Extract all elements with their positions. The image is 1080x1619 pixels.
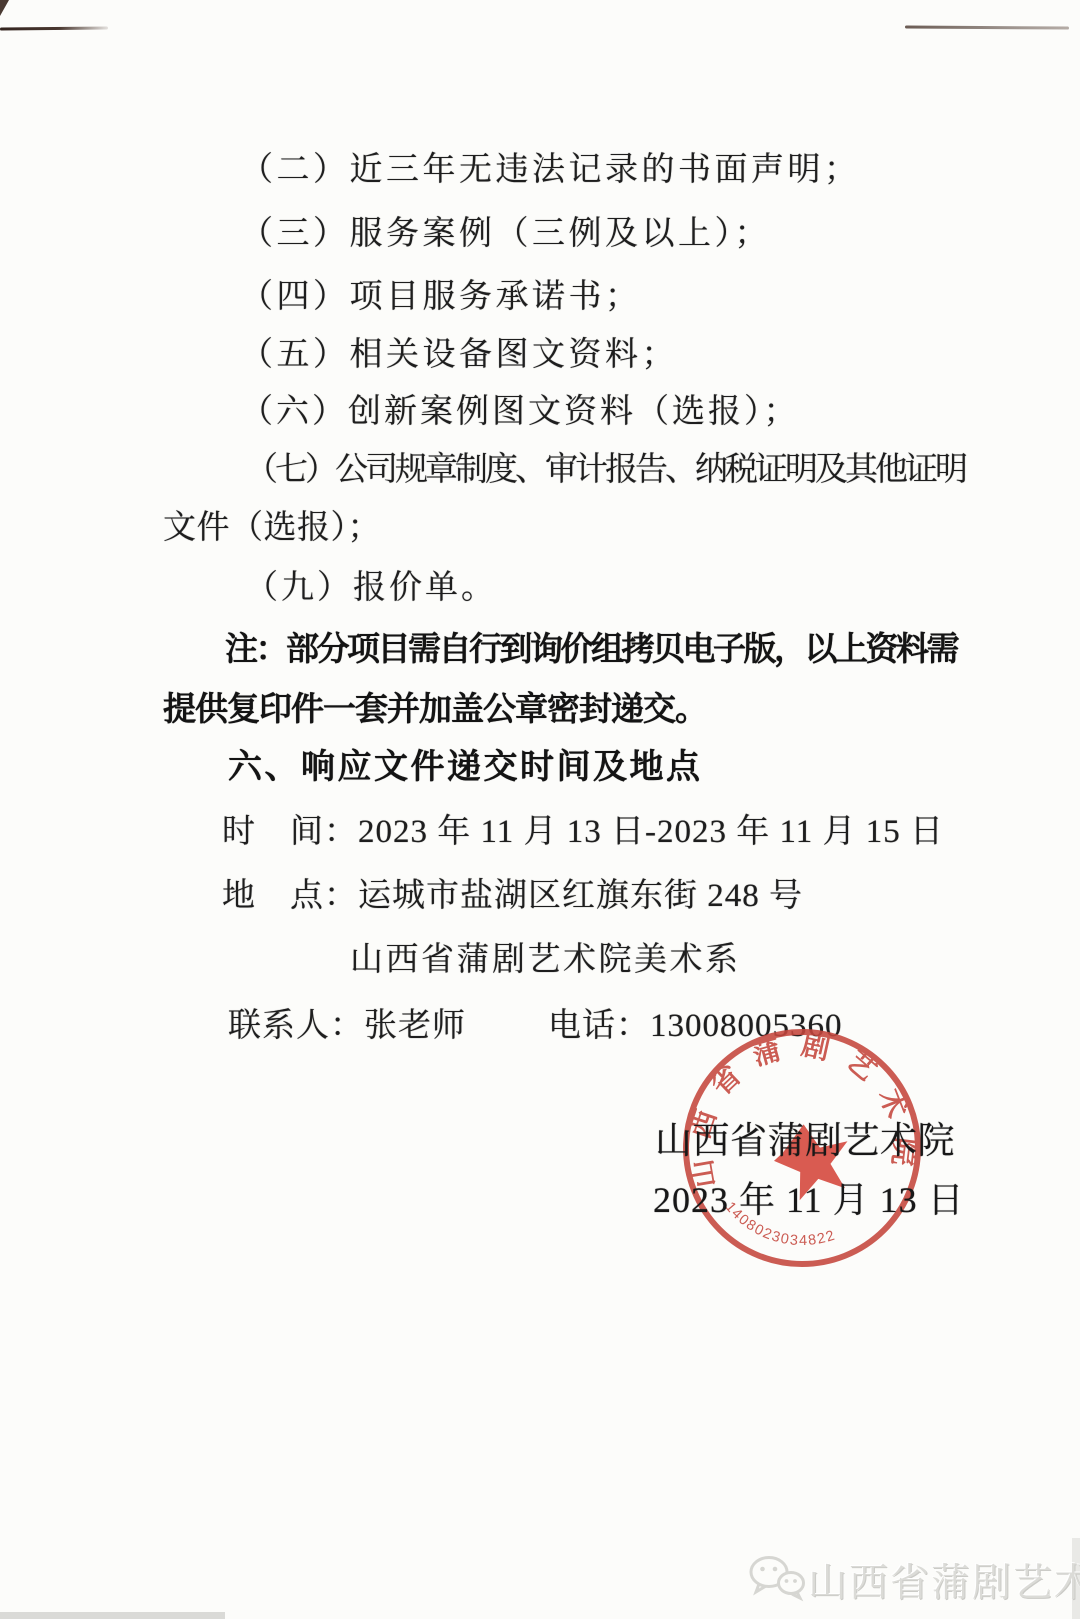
note-line-2: 提供复印件一套并加盖公章密封递交。 [163,690,707,731]
list-item-9: （九）报价单。 [245,568,497,609]
list-item-6: （六）创新案例图文资料（选报）； [240,392,800,433]
list-item-7-line1: （七）公司规章制度、审计报告、纳税证明及其他证明 [245,450,965,491]
submission-place-line: 地 点：运城市盐湖区红旗东街 248 号 [222,876,803,917]
scanned-document-page: （二）近三年无违法记录的书面声明； （三）服务案例（三例及以上）； （四）项目服… [0,0,1080,1619]
scan-bottom-edge-strip [0,1612,225,1619]
list-item-4: （四）项目服务承诺书； [240,277,642,318]
list-item-2: （二）近三年无违法记录的书面声明； [240,150,861,191]
section-heading: 六、响应文件递交时间及地点 [228,747,703,790]
list-item-5: （五）相关设备图文资料； [240,335,678,376]
seal-org-name: 山西省蒲剧艺术院 [655,1110,955,1164]
list-item-7-line2: 文件（选报）； [163,508,381,549]
wechat-icon [748,1554,806,1602]
seal-date: 2023 年 11 月 13 日 [653,1172,965,1223]
submission-time-line: 时 间：2023 年 11 月 13 日-2023 年 11 月 15 日 [222,812,944,853]
contact-person-line: 联系人：张老师 [228,1006,466,1047]
scan-artifact-line-right [905,25,1069,29]
list-item-3: （三）服务案例（三例及以上）； [240,214,771,255]
footer-watermark-text: 山西省蒲剧艺术院 [808,1552,1080,1608]
note-line-1: 注：部分项目需自行到询价组拷贝电子版，以上资料需 [225,630,957,671]
scan-corner-mark [0,0,9,16]
scan-artifact-line-left [0,26,108,30]
